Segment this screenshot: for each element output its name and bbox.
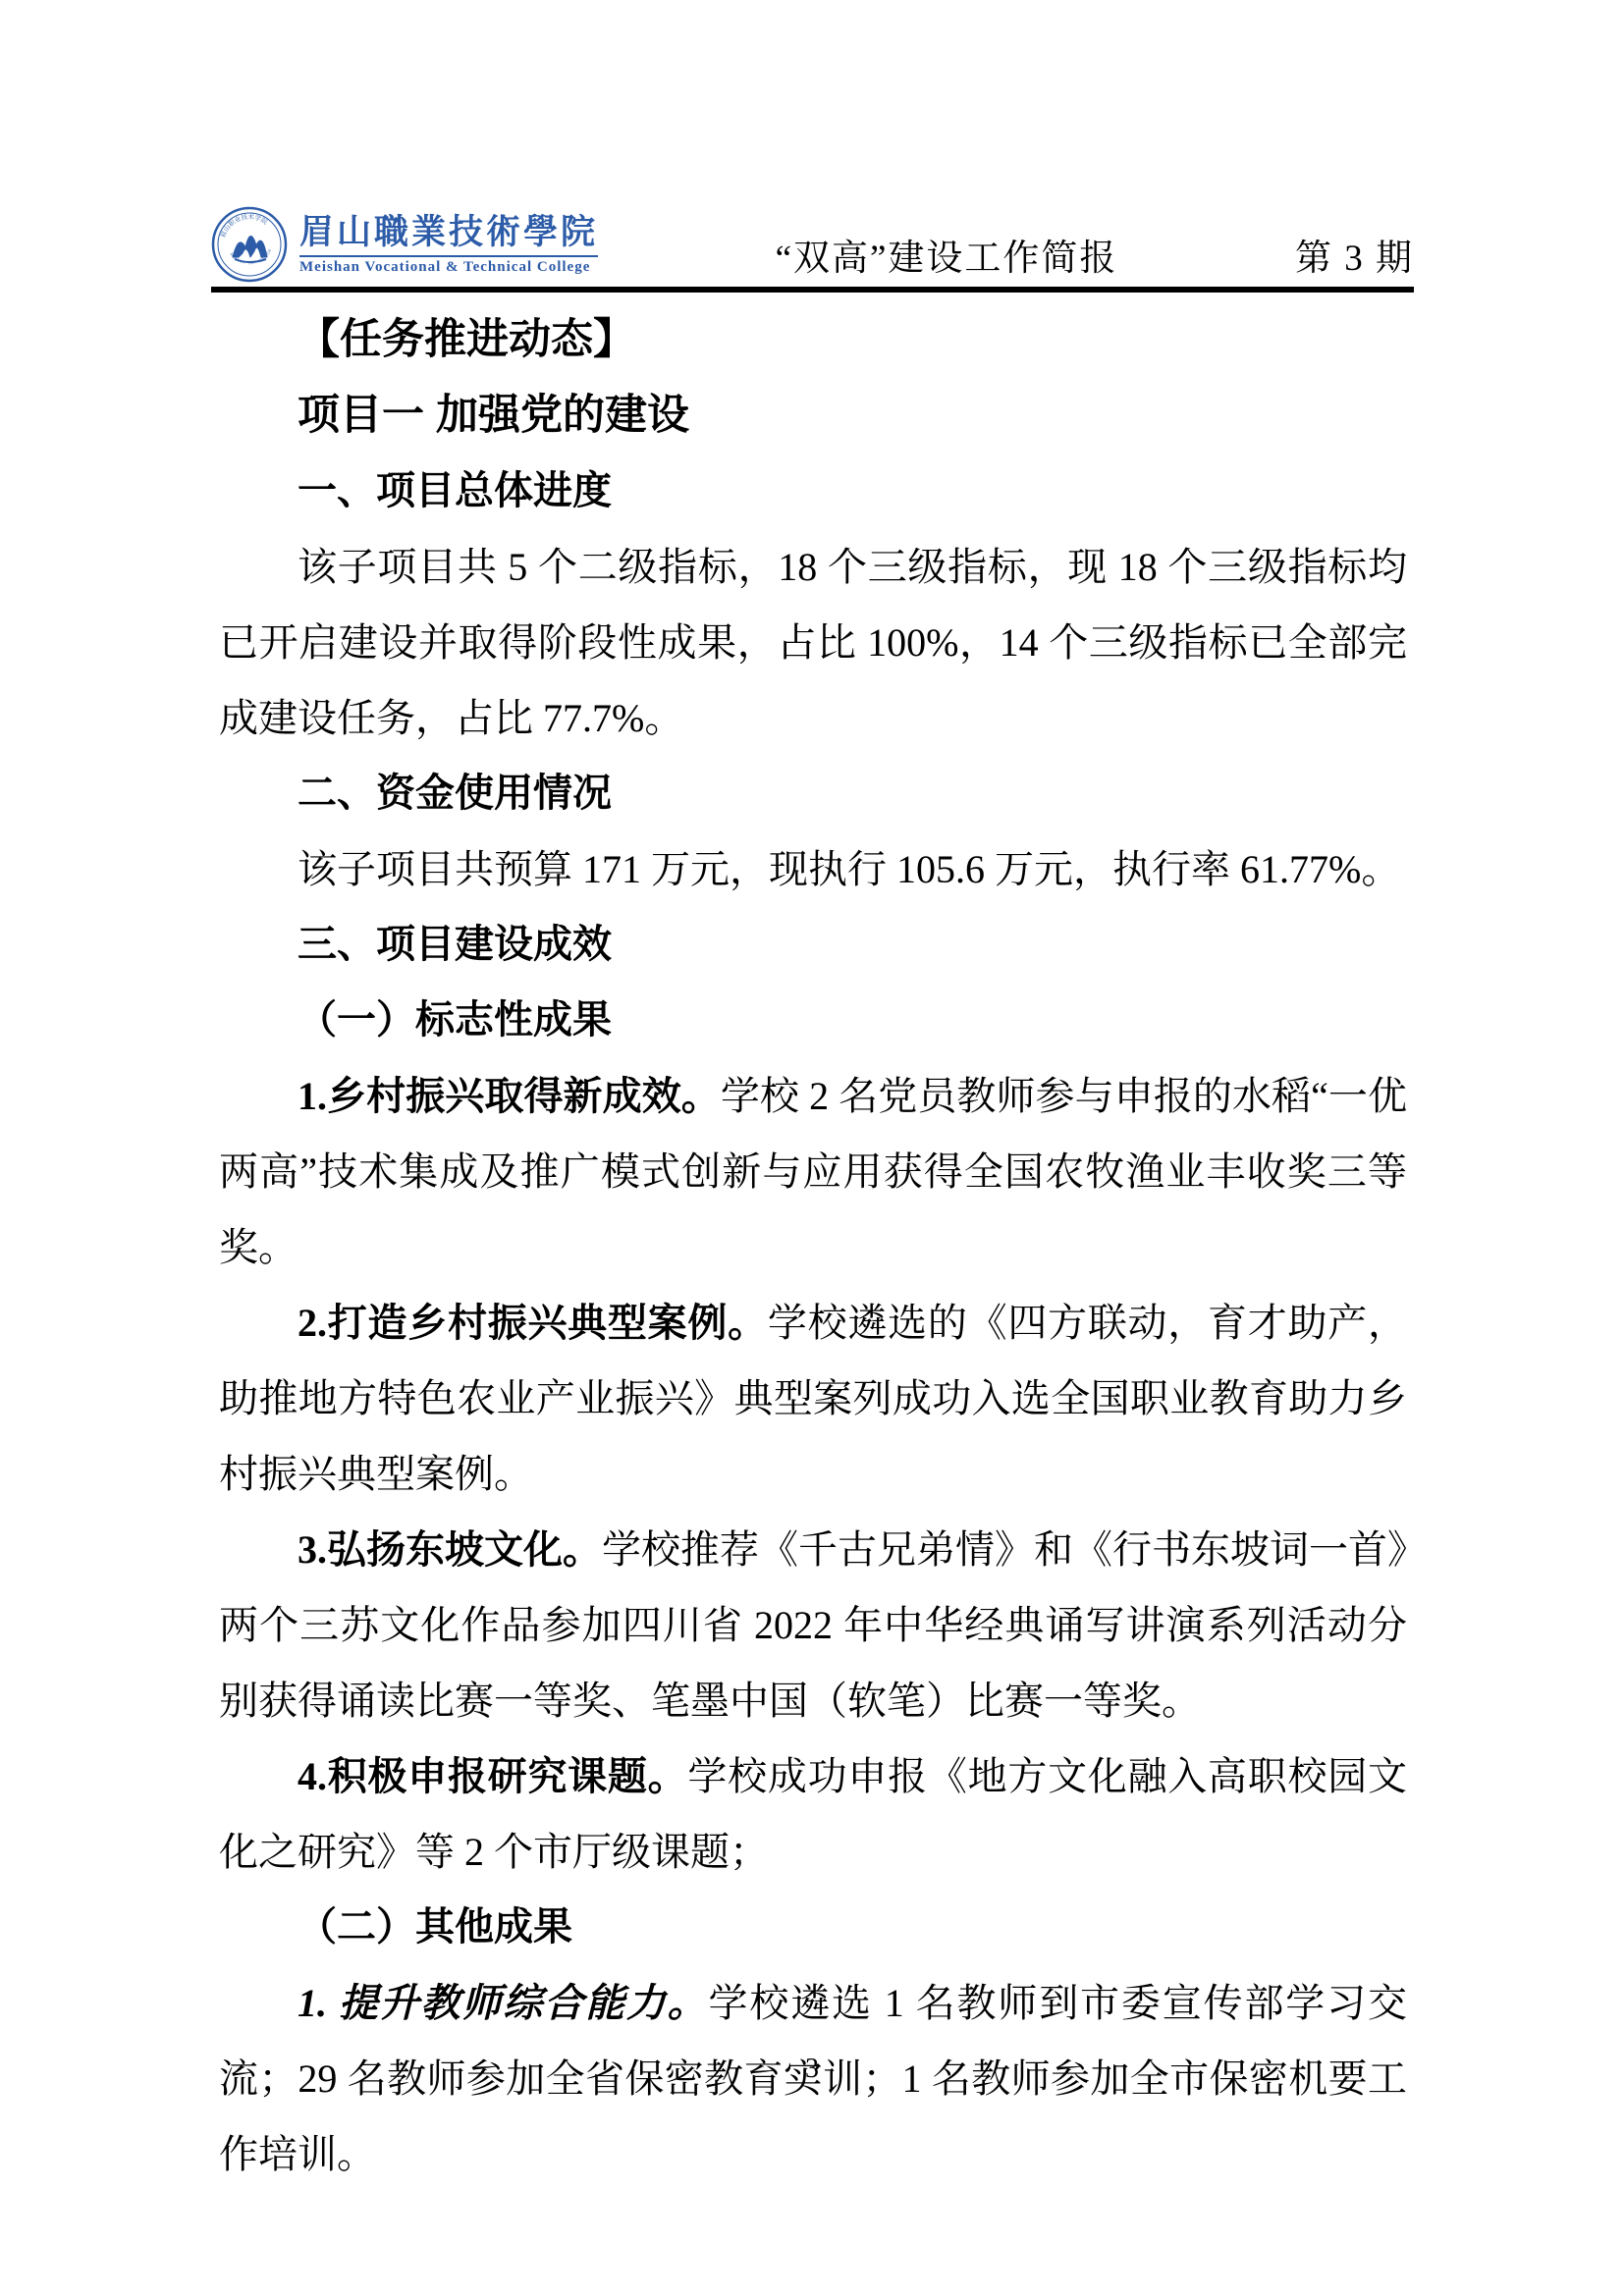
paragraph-text: 该子项目共预算 171 万元，现执行 105.6 万元，执行率 61.77%。 [298,847,1400,891]
paragraph-text: 该子项目共 5 个二级指标，18 个三级指标，现 18 个三级指标均已开启建设并… [219,545,1407,740]
school-name-en: Meishan Vocational & Technical College [299,255,598,276]
project-title: 项目一 加强党的建设 [219,378,1407,454]
bulletin-title: “双高”建设工作简报 [598,228,1295,283]
heading-other-results: （二）其他成果 [219,1890,1407,1965]
document-page: 眉山职业技术学院 MEISHAN · 1927 · COLLEGE 眉山職業技術… [0,0,1624,2296]
paragraph-lead: 1.乡村振兴取得新成效。 [298,1074,721,1118]
paragraph-lead: 2.打造乡村振兴典型案例。 [298,1301,768,1345]
paragraph-lead: 1. 提升教师综合能力。 [298,1981,709,2025]
paragraph-lead: 4.积极申报研究课题。 [298,1754,687,1798]
heading-funds-usage: 二、资金使用情况 [219,756,1407,831]
school-emblem-icon: 眉山职业技术学院 MEISHAN · 1927 · COLLEGE [211,206,288,283]
paragraph-rural-revitalization: 1.乡村振兴取得新成效。学校 2 名党员教师参与申报的水稻“一优两高”技术集成及… [219,1058,1407,1285]
school-name-block: 眉山職業技術學院 Meishan Vocational & Technical … [299,213,598,275]
heading-construction-results: 三、项目建设成效 [219,907,1407,983]
paragraph-overall-progress: 该子项目共 5 个二级指标，18 个三级指标，现 18 个三级指标均已开启建设并… [219,529,1407,756]
school-name-cn: 眉山職業技術學院 [299,213,598,252]
paragraph-research-topics: 4.积极申报研究课题。学校成功申报《地方文化融入高职校园文化之研究》等 2 个市… [219,1738,1407,1890]
document-body: 【任务推进动态】 项目一 加强党的建设 一、项目总体进度 该子项目共 5 个二级… [219,302,1407,2192]
heading-landmark-results: （一）标志性成果 [219,983,1407,1058]
paragraph-dongpo-culture: 3.弘扬东坡文化。学校推荐《千古兄弟情》和《行书东坡词一首》两个三苏文化作品参加… [219,1512,1407,1738]
page-header: 眉山职业技术学院 MEISHAN · 1927 · COLLEGE 眉山職業技術… [211,214,1414,293]
paragraph-lead: 3.弘扬东坡文化。 [298,1527,602,1572]
school-logo: 眉山职业技术学院 MEISHAN · 1927 · COLLEGE 眉山職業技術… [211,206,598,283]
page-number: 3 [0,2054,1624,2085]
heading-overall-progress: 一、项目总体进度 [219,454,1407,529]
paragraph-funds-usage: 该子项目共预算 171 万元，现执行 105.6 万元，执行率 61.77%。 [219,831,1407,907]
issue-number: 第 3 期 [1295,228,1414,283]
section-banner: 【任务推进动态】 [219,302,1407,378]
paragraph-typical-case: 2.打造乡村振兴典型案例。学校遴选的《四方联动，育才助产，助推地方特色农业产业振… [219,1285,1407,1512]
